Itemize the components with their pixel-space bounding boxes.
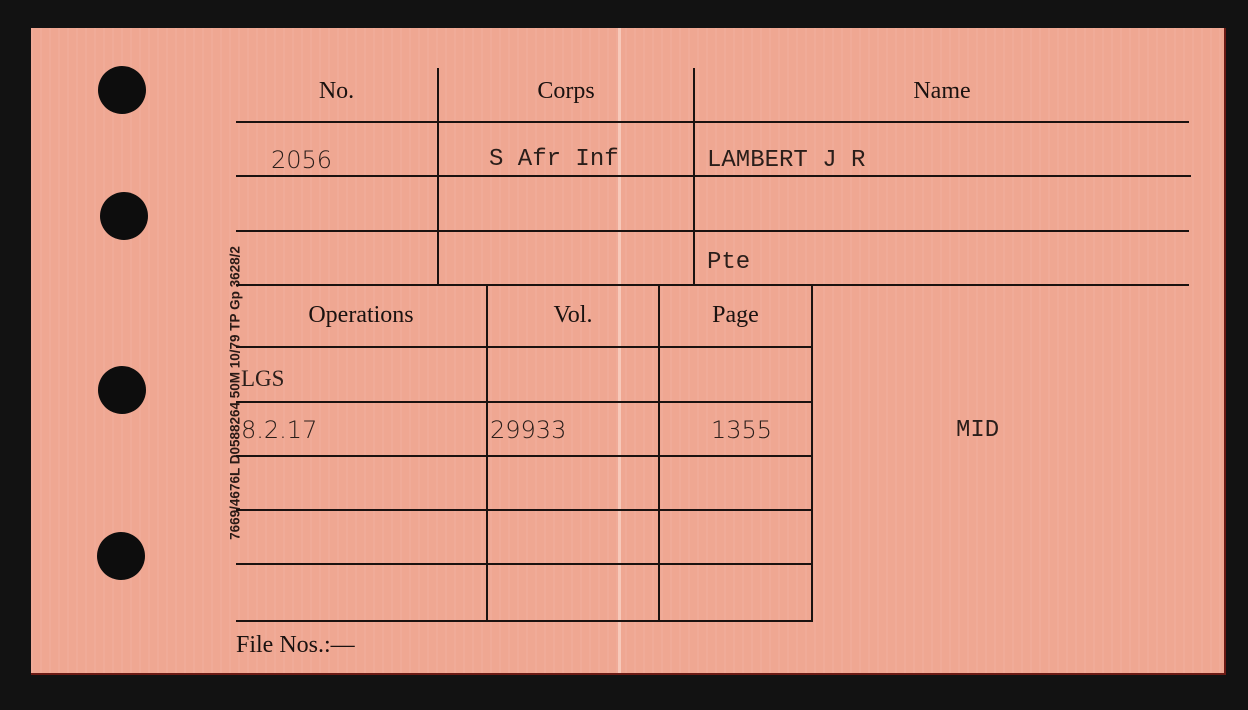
punch-hole-icon bbox=[98, 366, 146, 414]
divider bbox=[236, 455, 811, 457]
paper-crease bbox=[618, 28, 621, 673]
corps-header: Corps bbox=[439, 78, 693, 105]
operations-cell: 8.2.17 bbox=[241, 416, 317, 444]
divider bbox=[236, 230, 1189, 232]
service-number: 2056 bbox=[271, 146, 332, 174]
operations-cell: LGS bbox=[241, 366, 284, 392]
punch-hole-icon bbox=[100, 192, 148, 240]
divider bbox=[811, 285, 813, 622]
name-value: LAMBERT J R bbox=[707, 147, 865, 174]
divider bbox=[236, 509, 811, 511]
page-cell: 1355 bbox=[711, 416, 772, 444]
corps-value: S Afr Inf bbox=[489, 146, 619, 173]
file-nos-label: File Nos.:— bbox=[236, 632, 355, 659]
no-header: No. bbox=[236, 78, 437, 105]
vol-header: Vol. bbox=[488, 302, 658, 329]
punch-hole-icon bbox=[98, 66, 146, 114]
divider bbox=[236, 563, 811, 565]
divider bbox=[236, 175, 1191, 177]
award-value: MID bbox=[956, 417, 999, 444]
divider bbox=[236, 121, 1189, 123]
divider bbox=[658, 285, 660, 622]
name-header: Name bbox=[695, 78, 1189, 105]
vol-cell: 29933 bbox=[490, 416, 566, 444]
divider bbox=[486, 285, 488, 622]
rank-value: Pte bbox=[707, 249, 750, 276]
divider bbox=[236, 401, 811, 403]
divider bbox=[236, 620, 813, 622]
operations-header: Operations bbox=[236, 302, 486, 329]
punch-hole-icon bbox=[97, 532, 145, 580]
page-header: Page bbox=[660, 302, 811, 329]
index-card: 7669/4676L D0588264 50M 10/79 TP Gp 3628… bbox=[31, 28, 1226, 675]
divider bbox=[236, 346, 811, 348]
print-code: 7669/4676L D0588264 50M 10/79 TP Gp 3628… bbox=[228, 246, 243, 540]
divider bbox=[236, 284, 1189, 286]
